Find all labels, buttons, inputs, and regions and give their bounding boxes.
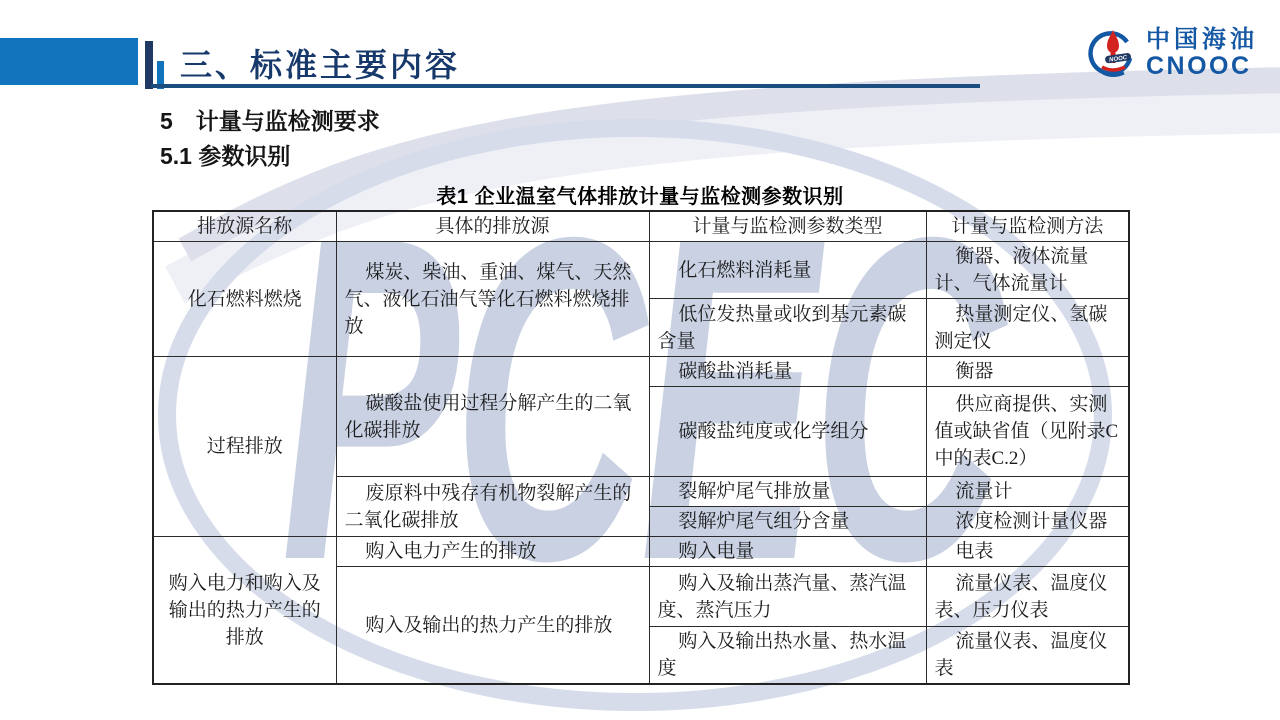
cell-text: 流量仪表、温度仪表、压力仪表 [935,570,1121,624]
cell-method: 流量计 [926,477,1129,507]
cell-param: 裂解炉尾气排放量 [649,477,926,507]
cell-text: 衡器、液体流量计、气体流量计 [935,243,1121,297]
cell-text: 浓度检测计量仪器 [935,508,1121,535]
cell-text: 低位发热量或收到基元素碳含量 [658,301,918,355]
header-method: 计量与监检测方法 [926,211,1129,242]
cell-text: 电表 [935,538,1121,565]
cell-specific-waste: 废原料中残存有机物裂解产生的二氧化碳排放 [336,477,649,537]
cell-method: 浓度检测计量仪器 [926,507,1129,537]
cell-source-fossil: 化石燃料燃烧 [153,242,336,357]
cell-method: 热量测定仪、氢碳测定仪 [926,299,1129,357]
cell-text: 购入及输出蒸汽量、蒸汽温度、蒸汽压力 [658,570,918,624]
logo-cn-name: 中国海油 [1146,28,1258,52]
cnooc-logo: NOOC 中国海油 CNOOC [1088,27,1258,79]
table-row: 购入电力和购入及输出的热力产生的排放 购入电力产生的排放 购入电量 电表 [153,537,1129,567]
cell-method: 流量仪表、温度仪表、压力仪表 [926,567,1129,627]
header-navy-bar [145,41,153,89]
table-row: 化石燃料燃烧 煤炭、柴油、重油、煤气、天然气、液化石油气等化石燃料燃烧排放 化石… [153,242,1129,299]
logo-en-name: CNOOC [1146,54,1258,79]
subsection-heading: 5.1 参数识别 [160,138,290,171]
cell-text: 购入电量 [658,538,918,565]
cell-param: 碳酸盐纯度或化学组分 [649,387,926,477]
cell-specific-heat: 购入及输出的热力产生的排放 [336,567,649,685]
logo-wave-red [1102,67,1125,70]
cell-text: 化石燃料消耗量 [658,257,918,284]
cell-specific-fossil: 煤炭、柴油、重油、煤气、天然气、液化石油气等化石燃料燃烧排放 [336,242,649,357]
slide-title: 三、标准主要内容 [180,40,460,86]
cell-source-purchased: 购入电力和购入及输出的热力产生的排放 [153,537,336,685]
cell-text: 流量计 [935,478,1121,505]
cell-text: 购入电力产生的排放 [345,538,641,565]
cell-text: 碳酸盐纯度或化学组分 [658,418,918,445]
cell-param: 购入及输出热水量、热水温度 [649,627,926,685]
table-row: 过程排放 碳酸盐使用过程分解产生的二氧化碳排放 碳酸盐消耗量 衡器 [153,357,1129,387]
cell-text: 碳酸盐消耗量 [658,358,918,385]
header-specific: 具体的排放源 [336,211,649,242]
cell-method: 流量仪表、温度仪表 [926,627,1129,685]
header-blue-block [0,38,138,85]
cell-param: 购入及输出蒸汽量、蒸汽温度、蒸汽压力 [649,567,926,627]
table-title: 表1 企业温室气体排放计量与监检测参数识别 [152,180,1128,209]
table-header-row: 排放源名称 具体的排放源 计量与监检测参数类型 计量与监检测方法 [153,211,1129,242]
cell-text: 热量测定仪、氢碳测定仪 [935,301,1121,355]
cell-text: 购入及输出热水量、热水温度 [658,628,918,682]
cell-param: 裂解炉尾气组分含量 [649,507,926,537]
cell-text: 供应商提供、实测值或缺省值（见附录C中的表C.2） [935,391,1121,472]
cell-text: 碳酸盐使用过程分解产生的二氧化碳排放 [345,390,641,444]
logo-text: 中国海油 CNOOC [1146,28,1258,79]
cell-method: 衡器 [926,357,1129,387]
cell-source-process: 过程排放 [153,357,336,537]
cell-param: 购入电量 [649,537,926,567]
cell-specific-electricity: 购入电力产生的排放 [336,537,649,567]
header-source-name: 排放源名称 [153,211,336,242]
cell-param: 碳酸盐消耗量 [649,357,926,387]
slide: PCEC 三、标准主要内容 NOOC 中国海油 CNOOC 5 计量与监检测要求… [0,0,1280,720]
cell-param: 低位发热量或收到基元素碳含量 [649,299,926,357]
cell-text: 煤炭、柴油、重油、煤气、天然气、液化石油气等化石燃料燃烧排放 [345,259,641,340]
ghg-parameter-table: 排放源名称 具体的排放源 计量与监检测参数类型 计量与监检测方法 化石燃料燃烧 … [152,210,1130,685]
cell-specific-carbonate: 碳酸盐使用过程分解产生的二氧化碳排放 [336,357,649,477]
cell-method: 衡器、液体流量计、气体流量计 [926,242,1129,299]
cell-param: 化石燃料消耗量 [649,242,926,299]
section-heading: 5 计量与监检测要求 [160,103,380,136]
cell-text: 裂解炉尾气排放量 [658,478,918,505]
cell-method: 电表 [926,537,1129,567]
cell-text: 衡器 [935,358,1121,385]
cell-method: 供应商提供、实测值或缺省值（见附录C中的表C.2） [926,387,1129,477]
cnooc-logo-icon: NOOC [1088,27,1138,79]
header-param-type: 计量与监检测参数类型 [649,211,926,242]
cell-text: 购入及输出的热力产生的排放 [345,612,641,639]
cell-text: 流量仪表、温度仪表 [935,628,1121,682]
cell-text: 废原料中残存有机物裂解产生的二氧化碳排放 [345,480,641,534]
cell-text: 裂解炉尾气组分含量 [658,508,918,535]
